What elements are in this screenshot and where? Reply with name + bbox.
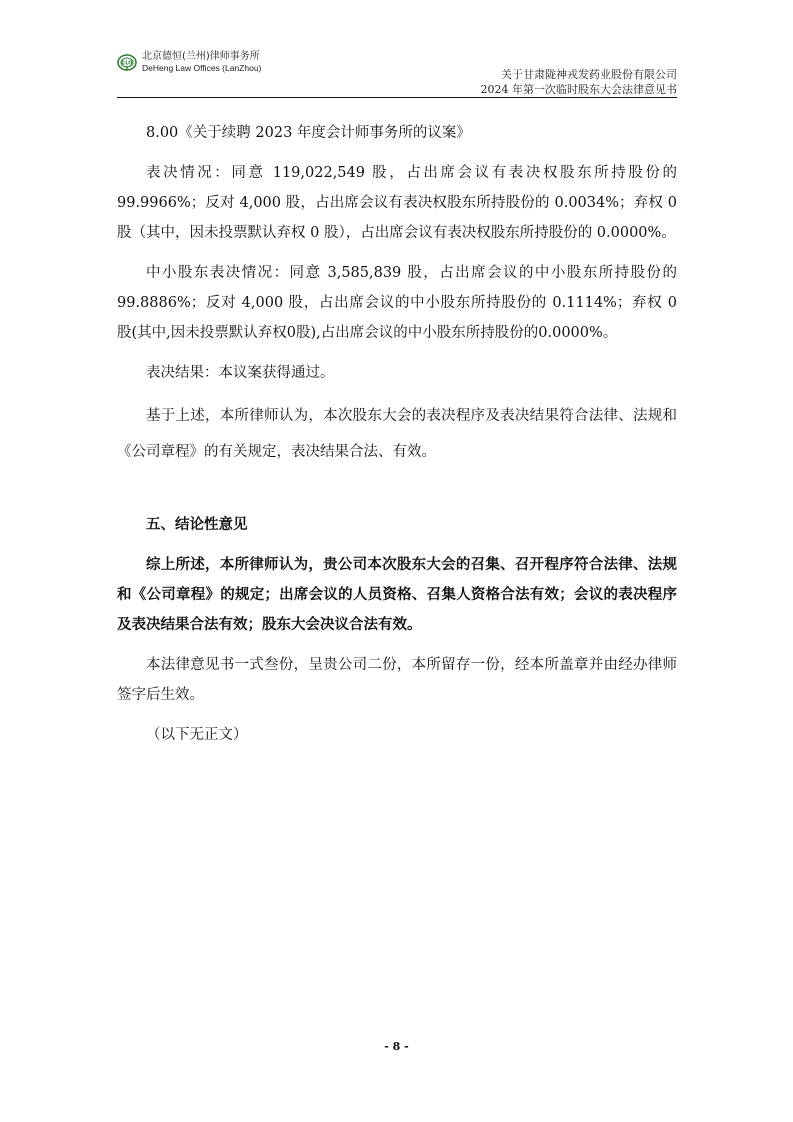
page-header: CLO 北京德恒(兰州)律师事务所 DeHeng Law Offices (La… — [117, 48, 677, 98]
section-heading: 五、结论性意见 — [117, 510, 677, 540]
motion-title: 8.00《关于续聘 2023 年度会计师事务所的议案》 — [117, 118, 677, 148]
firm-logo: CLO 北京德恒(兰州)律师事务所 DeHeng Law Offices (La… — [117, 51, 261, 73]
conclusion-paragraph: 综上所述，本所律师认为，贵公司本次股东大会的召集、召开程序符合法律、法规和《公司… — [117, 550, 677, 640]
header-divider — [117, 97, 677, 98]
firm-emblem-icon: CLO — [117, 54, 137, 71]
summary-opinion: 基于上述，本所律师认为，本次股东大会的表决程序及表决结果符合法律、法规和《公司章… — [117, 398, 677, 470]
end-of-text-note: （以下无正文） — [117, 720, 677, 750]
svg-text:CLO: CLO — [122, 60, 133, 66]
vote-result: 表决结果：本议案获得通过。 — [117, 358, 677, 388]
vote-minority-shareholders: 中小股东表决情况：同意 3,585,839 股，占出席会议的中小股东所持股份的 … — [117, 258, 677, 348]
document-title-line1: 关于甘肃陇神戎发药业股份有限公司 — [481, 67, 678, 82]
document-title-line2: 2024 年第一次临时股东大会法律意见书 — [481, 82, 678, 97]
vote-all-shareholders: 表决情况：同意 119,022,549 股，占出席会议有表决权股东所持股份的 9… — [117, 158, 677, 248]
copies-note: 本法律意见书一式叁份，呈贵公司二份，本所留存一份，经本所盖章并由经办律师签字后生… — [117, 650, 677, 710]
document-body: 8.00《关于续聘 2023 年度会计师事务所的议案》 表决情况：同意 119,… — [117, 118, 677, 750]
page-number: - 8 - — [0, 1040, 793, 1053]
document-title: 关于甘肃陇神戎发药业股份有限公司 2024 年第一次临时股东大会法律意见书 — [481, 67, 678, 97]
firm-name-en: DeHeng Law Offices (LanZhou) — [142, 63, 261, 73]
firm-name-cn: 北京德恒(兰州)律师事务所 — [142, 51, 261, 63]
